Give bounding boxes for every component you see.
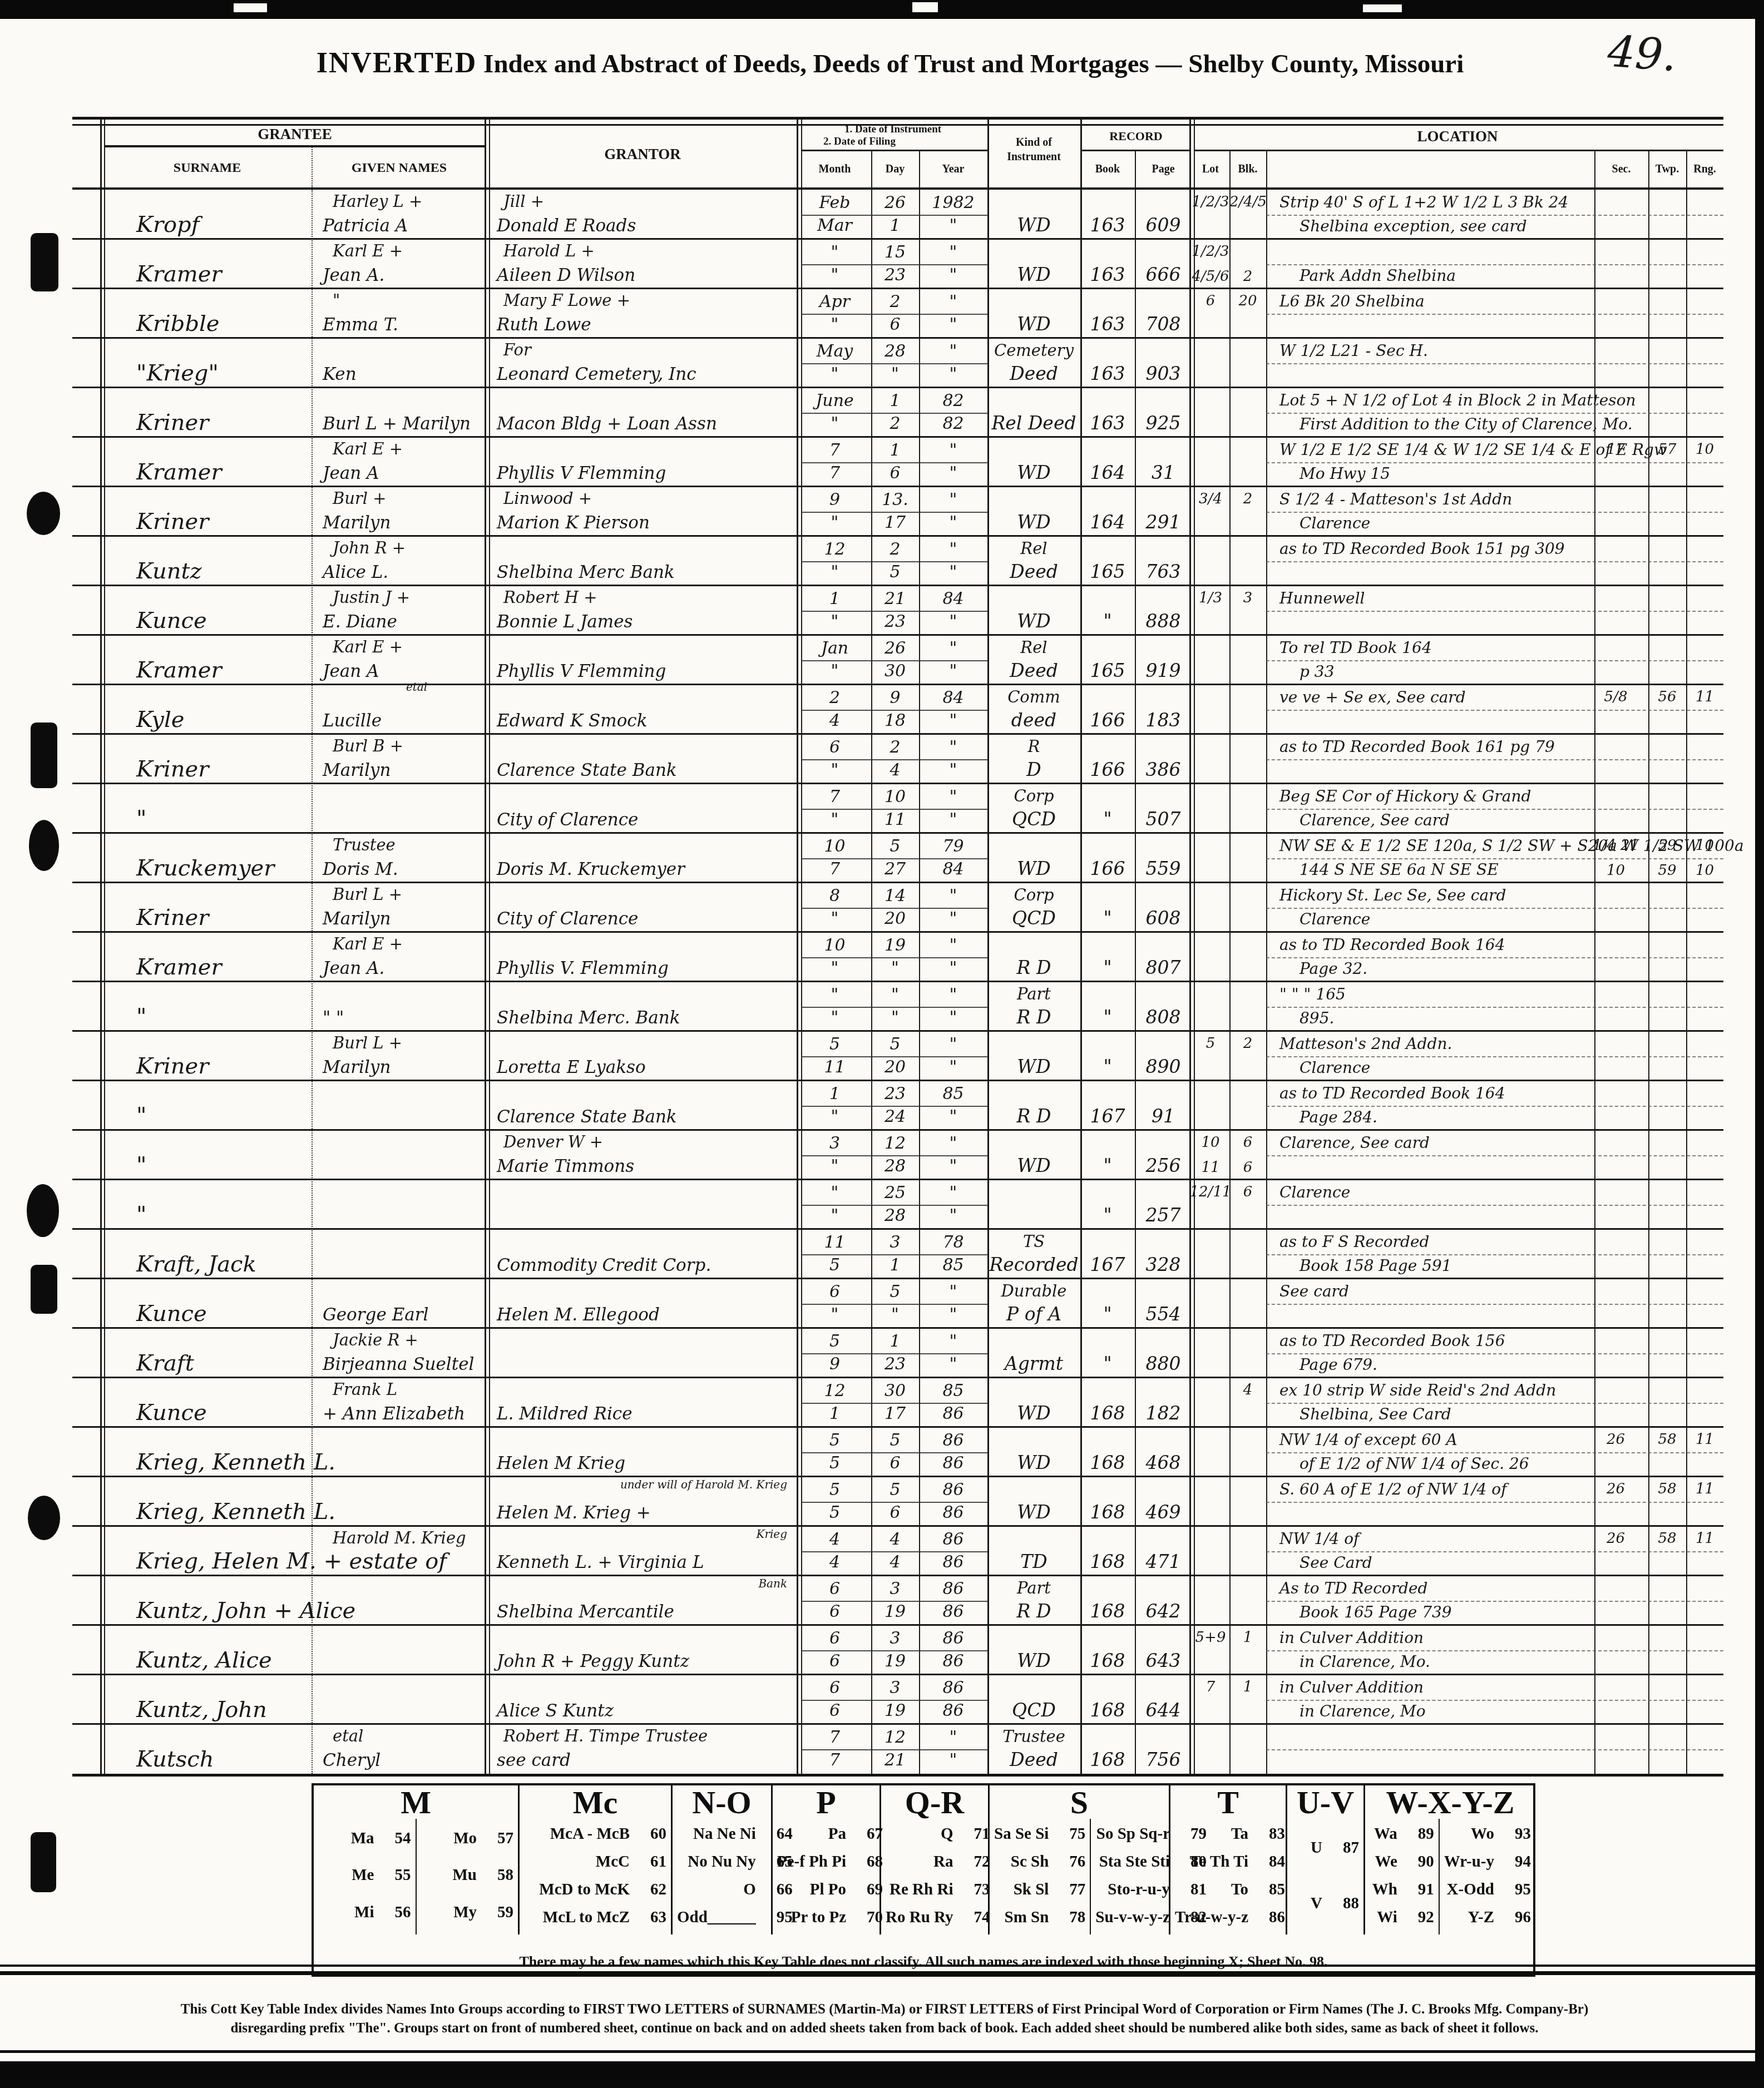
record-book: " xyxy=(1080,612,1135,630)
ledger-entry: KraftJackie R +Birjeanna Sueltel51"923"A… xyxy=(72,1328,1723,1378)
table-header: GRANTEESURNAMEGIVEN NAMESGRANTOR1. Date … xyxy=(72,120,1723,190)
date-filing: " xyxy=(919,1059,987,1076)
key-column-groups: U87V88 xyxy=(1287,1819,1363,1934)
date-filing: " xyxy=(798,1010,871,1026)
grantee-given-bottom: Cheryl xyxy=(323,1752,381,1769)
grantor-bottom: Shelbina Merc. Bank xyxy=(497,1010,680,1027)
key-column-header: P xyxy=(773,1785,879,1819)
record-book: 163 xyxy=(1080,315,1135,333)
key-entry-sheet: 61 xyxy=(638,1853,666,1871)
grantor-top: Mary F Lowe + xyxy=(503,293,630,309)
location-top-text: " " " 165 xyxy=(1279,987,1346,1002)
instrument-kind-top: Trustee xyxy=(987,1729,1080,1745)
entry-separator xyxy=(72,783,1723,784)
date-filing: " xyxy=(919,366,987,383)
mid-rule-location xyxy=(1266,462,1723,463)
ledger-entry: KrinerBurl +MarilynLinwood +Marion K Pie… xyxy=(72,487,1723,536)
record-page: 763 xyxy=(1135,562,1192,581)
grantor-bottom: Marie Timmons xyxy=(497,1158,634,1175)
date-instrument: 6 xyxy=(798,1630,871,1647)
mid-rule-location xyxy=(1266,1254,1723,1255)
date-filing: 86 xyxy=(919,1653,987,1670)
mid-rule-location xyxy=(1266,1749,1723,1750)
key-entry: McD to McK62 xyxy=(524,1881,666,1899)
date-filing: " xyxy=(798,613,871,630)
date-instrument: 86 xyxy=(919,1581,987,1597)
grantor-bottom: John R + Peggy Kuntz xyxy=(497,1653,689,1670)
instrument-kind: WD xyxy=(987,1453,1080,1472)
key-entry-range: Pe-f Ph Pi xyxy=(777,1853,846,1871)
entry-separator xyxy=(72,1624,1723,1626)
record-page: 183 xyxy=(1135,711,1192,729)
location-bottom-text: Page 32. xyxy=(1299,961,1367,977)
header-subrule xyxy=(104,145,485,147)
date-instrument: 2 xyxy=(798,690,871,706)
location-bottom-text: Mo Hwy 15 xyxy=(1299,466,1390,482)
record-book: " xyxy=(1080,1354,1135,1373)
date-filing: 19 xyxy=(871,1653,919,1670)
location-top-sec: 17 xyxy=(1583,442,1648,457)
date-instrument: 2 xyxy=(871,541,919,558)
grantee-given-top: Burl + xyxy=(333,491,387,507)
key-entry-range: Wh xyxy=(1372,1881,1397,1899)
grantee-given-top: Harold M. Krieg xyxy=(333,1530,466,1546)
location-top-rng: 11 xyxy=(1686,1482,1723,1496)
date-instrument: 4 xyxy=(798,1531,871,1548)
grantee-given-top: Karl E + xyxy=(333,243,403,259)
key-column-header: N-O xyxy=(673,1785,771,1819)
date-instrument: 5 xyxy=(798,1432,871,1449)
key-entry-range: Mu xyxy=(453,1866,477,1884)
page-title-inverted: INVERTED xyxy=(317,47,477,79)
date-instrument: 3 xyxy=(871,1581,919,1597)
key-group: Mo57Mu58My59 xyxy=(416,1819,518,1934)
key-entry: Sk Sl77 xyxy=(994,1881,1085,1899)
date-filing: " xyxy=(798,267,871,284)
mid-rule-location xyxy=(1266,1353,1723,1354)
date-filing: " xyxy=(919,1010,987,1026)
grantee-given-top: Karl E + xyxy=(333,441,403,457)
instrument-kind: Deed xyxy=(987,1750,1080,1769)
date-instrument: " xyxy=(919,640,987,657)
key-entry-range: Sk Sl xyxy=(1014,1881,1049,1899)
ledger-entry: KrinerBurl L +MarilynLoretta E Lyakso55"… xyxy=(72,1031,1723,1081)
record-page: 507 xyxy=(1135,810,1192,828)
date-instrument: 79 xyxy=(919,838,987,855)
entry-separator xyxy=(72,1129,1723,1131)
record-page: 708 xyxy=(1135,315,1192,333)
mid-rule-location xyxy=(1266,1700,1723,1701)
entry-separator xyxy=(72,882,1723,883)
ledger-entry: "Denver W +Marie Timmons312""28"WD"25610… xyxy=(72,1130,1723,1180)
key-column: U-VU87V88 xyxy=(1287,1785,1365,1934)
key-entry-range: So Sp Sq-r xyxy=(1096,1825,1170,1843)
grantee-surname: Kriner xyxy=(136,758,209,780)
date-instrument: Feb xyxy=(798,195,871,211)
entry-separator xyxy=(72,1228,1723,1230)
mid-rule-location xyxy=(1266,1205,1723,1206)
key-entry-sheet: 78 xyxy=(1056,1908,1085,1927)
record-page: 328 xyxy=(1135,1255,1192,1274)
record-book: " xyxy=(1080,1008,1135,1026)
location-top-sec: 26 xyxy=(1583,1531,1648,1546)
date-instrument: " xyxy=(919,294,987,310)
key-entry-sheet: 58 xyxy=(485,1866,513,1884)
location-top-text: as to TD Recorded Book 164 xyxy=(1279,1086,1505,1101)
location-bottom-text: Shelbina exception, see card xyxy=(1299,219,1527,234)
grantee-surname: Kramer xyxy=(136,461,222,483)
key-group: Wa89We90Wh91Wi92 xyxy=(1365,1819,1439,1934)
key-entry: Wh91 xyxy=(1370,1881,1434,1899)
date-filing: " xyxy=(798,762,871,779)
scan-top-notch xyxy=(1363,4,1402,12)
record-page: 888 xyxy=(1135,612,1192,630)
mid-rule-location xyxy=(1266,264,1723,265)
date-filing: 20 xyxy=(871,911,919,927)
key-column-header: W-X-Y-Z xyxy=(1365,1785,1535,1819)
date-filing: 4 xyxy=(798,1554,871,1571)
location-top-text: ve ve + Se ex, See card xyxy=(1279,690,1466,705)
key-entry-range: Mi xyxy=(354,1903,374,1922)
grantee-given-bottom: Ken xyxy=(323,366,357,383)
record-book: " xyxy=(1080,1156,1135,1175)
date-filing: " xyxy=(919,1208,987,1224)
record-page: 182 xyxy=(1135,1404,1192,1422)
location-top-text: Strip 40' S of L 1+2 W 1/2 L 3 Bk 24 xyxy=(1279,195,1568,210)
key-column: Q-RQ71Ra72Re Rh Ri73Ro Ru Ry74 xyxy=(881,1785,990,1934)
grantee-given-bottom: Doris M. xyxy=(323,861,398,878)
key-entry: My59 xyxy=(421,1903,514,1922)
grantee-given-bottom: Marilyn xyxy=(323,514,391,532)
entry-separator xyxy=(72,288,1723,289)
mid-rule-location xyxy=(1266,710,1723,711)
date-instrument: 78 xyxy=(919,1234,987,1251)
record-page: 608 xyxy=(1135,909,1192,927)
ledger-entry: Krieg, Kenneth L.under will of Harold M.… xyxy=(72,1477,1723,1526)
record-book: 166 xyxy=(1080,859,1135,878)
grantee-given-top: John R + xyxy=(333,540,406,556)
record-book: 168 xyxy=(1080,1404,1135,1422)
key-column-groups: Na Ne Ni64No Nu Ny65O66Odd______95 xyxy=(673,1819,771,1934)
grantee-surname: Kruckemyer xyxy=(136,857,274,879)
key-entry-range: V xyxy=(1311,1894,1322,1913)
record-page: 903 xyxy=(1135,364,1192,383)
date-filing: 18 xyxy=(871,713,919,729)
location-top-text: in Culver Addition xyxy=(1279,1630,1424,1646)
entry-separator xyxy=(72,1426,1723,1428)
key-entry-range: Y-Z xyxy=(1468,1908,1494,1927)
grantee-surname: Kyle xyxy=(136,709,184,731)
date-filing: 11 xyxy=(798,1059,871,1076)
instrument-kind: Deed xyxy=(987,661,1080,680)
grantor-bottom: Helen M Krieg xyxy=(497,1455,625,1472)
date-instrument: " xyxy=(798,1185,871,1201)
grantee-surname: " xyxy=(136,1204,146,1226)
date-instrument: 84 xyxy=(919,690,987,706)
instrument-kind: R D xyxy=(987,1602,1080,1620)
location-top-text: W 1/2 L21 - Sec H. xyxy=(1279,343,1428,359)
instrument-kind: QCD xyxy=(987,810,1080,828)
key-column: TTa83Te Th Ti84To85Tr-u-w-y-z86 xyxy=(1170,1785,1287,1934)
date-filing: " xyxy=(798,812,871,828)
grantor-bottom: Kenneth L. + Virginia L xyxy=(497,1554,704,1571)
instrument-kind: D xyxy=(987,760,1080,779)
entry-separator xyxy=(72,337,1723,339)
ledger-entry: KruckemyerTrusteeDoris M.Doris M. Krucke… xyxy=(72,833,1723,883)
grantee-given-bottom: Jean A xyxy=(323,663,379,680)
record-book: 165 xyxy=(1080,562,1135,581)
key-column: SSa Se Si75Sc Sh76Sk Sl77Sm Sn78So Sp Sq… xyxy=(990,1785,1170,1934)
key-column-groups: Ma54Me55Mi56Mo57Mu58My59 xyxy=(314,1819,518,1934)
key-group: Pa67Pe-f Ph Pi68Pl Po69Pr to Pz70 xyxy=(773,1819,887,1934)
date-instrument: 5 xyxy=(871,838,919,855)
header-record: RECORD xyxy=(1080,130,1192,143)
record-page: 756 xyxy=(1135,1750,1192,1769)
key-entry: Ma54 xyxy=(318,1829,411,1848)
scan-top-notch xyxy=(234,3,267,12)
location-top-twp: 59 xyxy=(1648,838,1686,853)
key-entry-sheet: 63 xyxy=(638,1908,666,1927)
key-entry: McC61 xyxy=(524,1853,666,1871)
grantee-given-bottom: Emma T. xyxy=(323,316,398,334)
key-entry-sheet: 91 xyxy=(1405,1881,1434,1899)
grantor-bottom: L. Mildred Rice xyxy=(497,1406,633,1423)
location-bottom-text: in Clarence, Mo xyxy=(1299,1704,1426,1719)
location-top-text: as to TD Recorded Book 161 pg 79 xyxy=(1279,739,1555,755)
key-entry-sheet: 55 xyxy=(382,1866,411,1884)
header-blk: Blk. xyxy=(1229,163,1266,175)
instrument-kind: QCD xyxy=(987,1701,1080,1719)
location-top-lot: 12/11 xyxy=(1188,1185,1233,1199)
location-top-text: Matteson's 2nd Addn. xyxy=(1279,1036,1452,1052)
grantee-given-bottom: George Earl xyxy=(323,1307,428,1324)
key-entry: Y-Z96 xyxy=(1444,1908,1531,1927)
grantor-bottom: City of Clarence xyxy=(497,911,638,928)
location-bottom-twp: 59 xyxy=(1648,863,1686,878)
mid-rule-location xyxy=(1266,908,1723,909)
date-instrument: 84 xyxy=(919,591,987,607)
key-entry-range: McD to McK xyxy=(539,1881,630,1899)
key-entry-range: We xyxy=(1375,1853,1397,1871)
location-bottom-text: p 33 xyxy=(1299,664,1334,680)
location-top-text: as to TD Recorded Book 164 xyxy=(1279,937,1505,953)
location-top-text: See card xyxy=(1279,1284,1349,1299)
date-instrument: 5 xyxy=(871,1482,919,1498)
key-entry-sheet: 54 xyxy=(382,1829,411,1848)
date-instrument: 3 xyxy=(871,1234,919,1251)
grantee-given-bottom: Jean A. xyxy=(323,960,384,977)
grantor-bottom: Leonard Cemetery, Inc xyxy=(497,366,696,383)
date-filing: " xyxy=(919,316,987,333)
date-instrument: 12 xyxy=(798,541,871,558)
date-filing: " xyxy=(798,1158,871,1175)
key-column-groups: McA - McB60McC61McD to McK62McL to McZ63 xyxy=(520,1819,671,1934)
instrument-kind: Agrmt xyxy=(987,1354,1080,1373)
grantor-bottom: Phyllis V. Flemming xyxy=(497,960,669,977)
date-filing: " xyxy=(919,713,987,729)
entry-separator xyxy=(72,733,1723,735)
key-entry-range: My xyxy=(453,1903,477,1922)
date-filing: 30 xyxy=(871,663,919,680)
key-entry-range: Sta Ste Sti xyxy=(1099,1853,1170,1871)
instrument-kind: WD xyxy=(987,1651,1080,1670)
mid-rule-location xyxy=(1266,512,1723,513)
date-instrument: " xyxy=(919,244,987,261)
date-instrument: " xyxy=(919,739,987,756)
header-subrule xyxy=(801,150,987,151)
date-filing: 6 xyxy=(798,1604,871,1620)
date-instrument: 86 xyxy=(919,1531,987,1548)
date-instrument: 12 xyxy=(798,1383,871,1399)
mid-rule-location xyxy=(1266,1106,1723,1107)
instrument-kind: WD xyxy=(987,612,1080,630)
record-page: 91 xyxy=(1135,1107,1192,1125)
entry-separator xyxy=(72,436,1723,438)
date-instrument: 85 xyxy=(919,1086,987,1102)
date-instrument: 3 xyxy=(798,1135,871,1152)
grantor-bottom: Helen M. Krieg + xyxy=(497,1505,651,1522)
ledger-entry: KrinerBurl L + MarilynMacon Bldg + Loan … xyxy=(72,388,1723,437)
key-entry-range: Na Ne Ni xyxy=(693,1825,756,1843)
grantor-bottom: Alice S Kuntz xyxy=(497,1703,614,1720)
key-entry-sheet: 94 xyxy=(1502,1853,1531,1871)
key-entry: To85 xyxy=(1175,1881,1285,1899)
location-top-lot: 3/4 xyxy=(1188,492,1233,506)
key-column-header: Mc xyxy=(520,1785,671,1819)
key-entry: Pl Po69 xyxy=(777,1881,883,1899)
grantor-bottom: Macon Bldg + Loan Assn xyxy=(497,415,717,433)
scan-bottom-band xyxy=(0,2058,1764,2088)
location-top-blk: 6 xyxy=(1229,1185,1266,1199)
key-column: PPa67Pe-f Ph Pi68Pl Po69Pr to Pz70 xyxy=(773,1785,881,1934)
grantee-surname: Kramer xyxy=(136,956,222,978)
key-entry-sheet: 89 xyxy=(1405,1825,1434,1843)
entry-separator xyxy=(72,1723,1723,1725)
mid-rule-location xyxy=(1266,1502,1723,1503)
divider-rule xyxy=(0,1971,1755,1975)
grantee-surname: Kriner xyxy=(136,511,209,533)
footer-text: This Cott Key Table Index divides Names … xyxy=(100,2000,1669,2038)
key-entry-sheet: 68 xyxy=(854,1853,883,1871)
location-top-text: To rel TD Book 164 xyxy=(1279,640,1432,656)
key-group: U87V88 xyxy=(1287,1819,1363,1934)
date-filing: 7 xyxy=(798,465,871,482)
location-bottom-text: Book 165 Page 739 xyxy=(1299,1605,1452,1620)
ledger-entry: Kuntz, AliceJohn R + Peggy Kuntz63866198… xyxy=(72,1625,1723,1675)
key-entry-range: Q xyxy=(941,1825,953,1843)
grantee-surname: Kutsch xyxy=(136,1748,214,1770)
hole-punch-mark xyxy=(31,1265,57,1314)
key-column-header: T xyxy=(1170,1785,1286,1819)
date-filing: 24 xyxy=(871,1109,919,1125)
key-entry: Ta83 xyxy=(1175,1825,1285,1843)
header-day: Day xyxy=(871,163,919,175)
grantee-surname: Kramer xyxy=(136,263,222,285)
date-instrument: 1 xyxy=(871,393,919,409)
location-top-twp: 58 xyxy=(1648,1432,1686,1447)
date-instrument: 8 xyxy=(798,888,871,904)
ledger-entry: KramerKarl E +Jean A.Harold L +Aileen D … xyxy=(72,239,1723,289)
header-rng: Rng. xyxy=(1686,163,1723,175)
date-instrument: 7 xyxy=(798,789,871,805)
date-instrument: " xyxy=(919,343,987,360)
date-instrument: 6 xyxy=(798,739,871,756)
key-entry-sheet: 60 xyxy=(638,1825,666,1843)
mid-rule-location xyxy=(1266,1056,1723,1057)
key-entry: Wo93 xyxy=(1444,1825,1531,1843)
divider-rule xyxy=(0,2050,1755,2053)
date-filing: 6 xyxy=(871,1505,919,1521)
date-instrument: 2 xyxy=(871,739,919,756)
date-filing: 6 xyxy=(871,1455,919,1472)
date-instrument: 6 xyxy=(798,1680,871,1696)
location-bottom-lot: 11 xyxy=(1188,1160,1233,1175)
location-bottom-text: Page 679. xyxy=(1299,1357,1377,1373)
location-top-rng: 11 xyxy=(1686,1432,1723,1447)
location-top-blk: 20 xyxy=(1229,294,1266,308)
grantor-bottom: Donald E Roads xyxy=(497,217,636,235)
key-entry: Me55 xyxy=(318,1866,411,1884)
date-filing: 17 xyxy=(871,514,919,531)
key-entry: Wa89 xyxy=(1370,1825,1434,1843)
instrument-kind-top: Corp xyxy=(987,887,1080,903)
key-entry-sheet: 59 xyxy=(485,1903,513,1922)
date-instrument: " xyxy=(919,1135,987,1152)
location-top-lot: 10 xyxy=(1188,1135,1233,1150)
date-filing: 6 xyxy=(871,465,919,482)
key-entry: Sm Sn78 xyxy=(994,1908,1085,1927)
instrument-kind: TD xyxy=(987,1552,1080,1571)
grantee-given-bottom: Burl L + Marilyn xyxy=(323,415,471,433)
date-instrument: 5 xyxy=(798,1333,871,1350)
date-instrument: " xyxy=(919,492,987,508)
entry-separator xyxy=(72,832,1723,834)
ledger-entry: KrinerBurl B +MarilynClarence State Bank… xyxy=(72,734,1723,784)
instrument-kind: WD xyxy=(987,1404,1080,1422)
date-filing: 5 xyxy=(798,1455,871,1472)
date-filing: " xyxy=(871,1307,919,1323)
key-entry-range: Sa Se Si xyxy=(994,1825,1049,1843)
grantor-bottom: Marion K Pierson xyxy=(497,514,650,532)
key-entry-sheet: 88 xyxy=(1330,1894,1359,1913)
ledger-entry: KuntzJohn R +Alice L.Shelbina Merc Bank1… xyxy=(72,536,1723,586)
key-entry-sheet: 71 xyxy=(961,1825,990,1843)
record-page: 925 xyxy=(1135,414,1192,432)
entry-separator xyxy=(72,1179,1723,1180)
grantee-given-top: Justin J + xyxy=(333,590,410,606)
key-entry-range: U xyxy=(1311,1839,1322,1857)
key-column-groups: Q71Ra72Re Rh Ri73Ro Ru Ry74 xyxy=(881,1819,988,1934)
date-filing: 1 xyxy=(871,1257,919,1274)
location-top-text: NW 1/4 of except 60 A xyxy=(1279,1432,1457,1448)
record-book: " xyxy=(1080,909,1135,927)
key-entry-range: Re Rh Ri xyxy=(890,1881,953,1899)
grantee-given-bottom: Birjeanna Sueltel xyxy=(323,1356,474,1373)
record-book: 163 xyxy=(1080,414,1135,432)
location-bottom-text: in Clarence, Mo. xyxy=(1299,1654,1430,1670)
key-entry: Mo57 xyxy=(421,1829,514,1848)
location-top-text: NW 1/4 of xyxy=(1279,1531,1359,1547)
date-filing: Mar xyxy=(798,217,871,234)
date-filing: 23 xyxy=(871,267,919,284)
record-book: 168 xyxy=(1080,1651,1135,1670)
location-top-sec: 5/8 xyxy=(1583,690,1648,704)
instrument-kind: WD xyxy=(987,1057,1080,1076)
ledger-entry: "" "Shelbina Merc. Bank""""""PartR D"808… xyxy=(72,982,1723,1031)
date-filing: 7 xyxy=(798,1752,871,1769)
header-location: LOCATION xyxy=(1192,128,1723,145)
date-instrument: 19 xyxy=(871,937,919,954)
